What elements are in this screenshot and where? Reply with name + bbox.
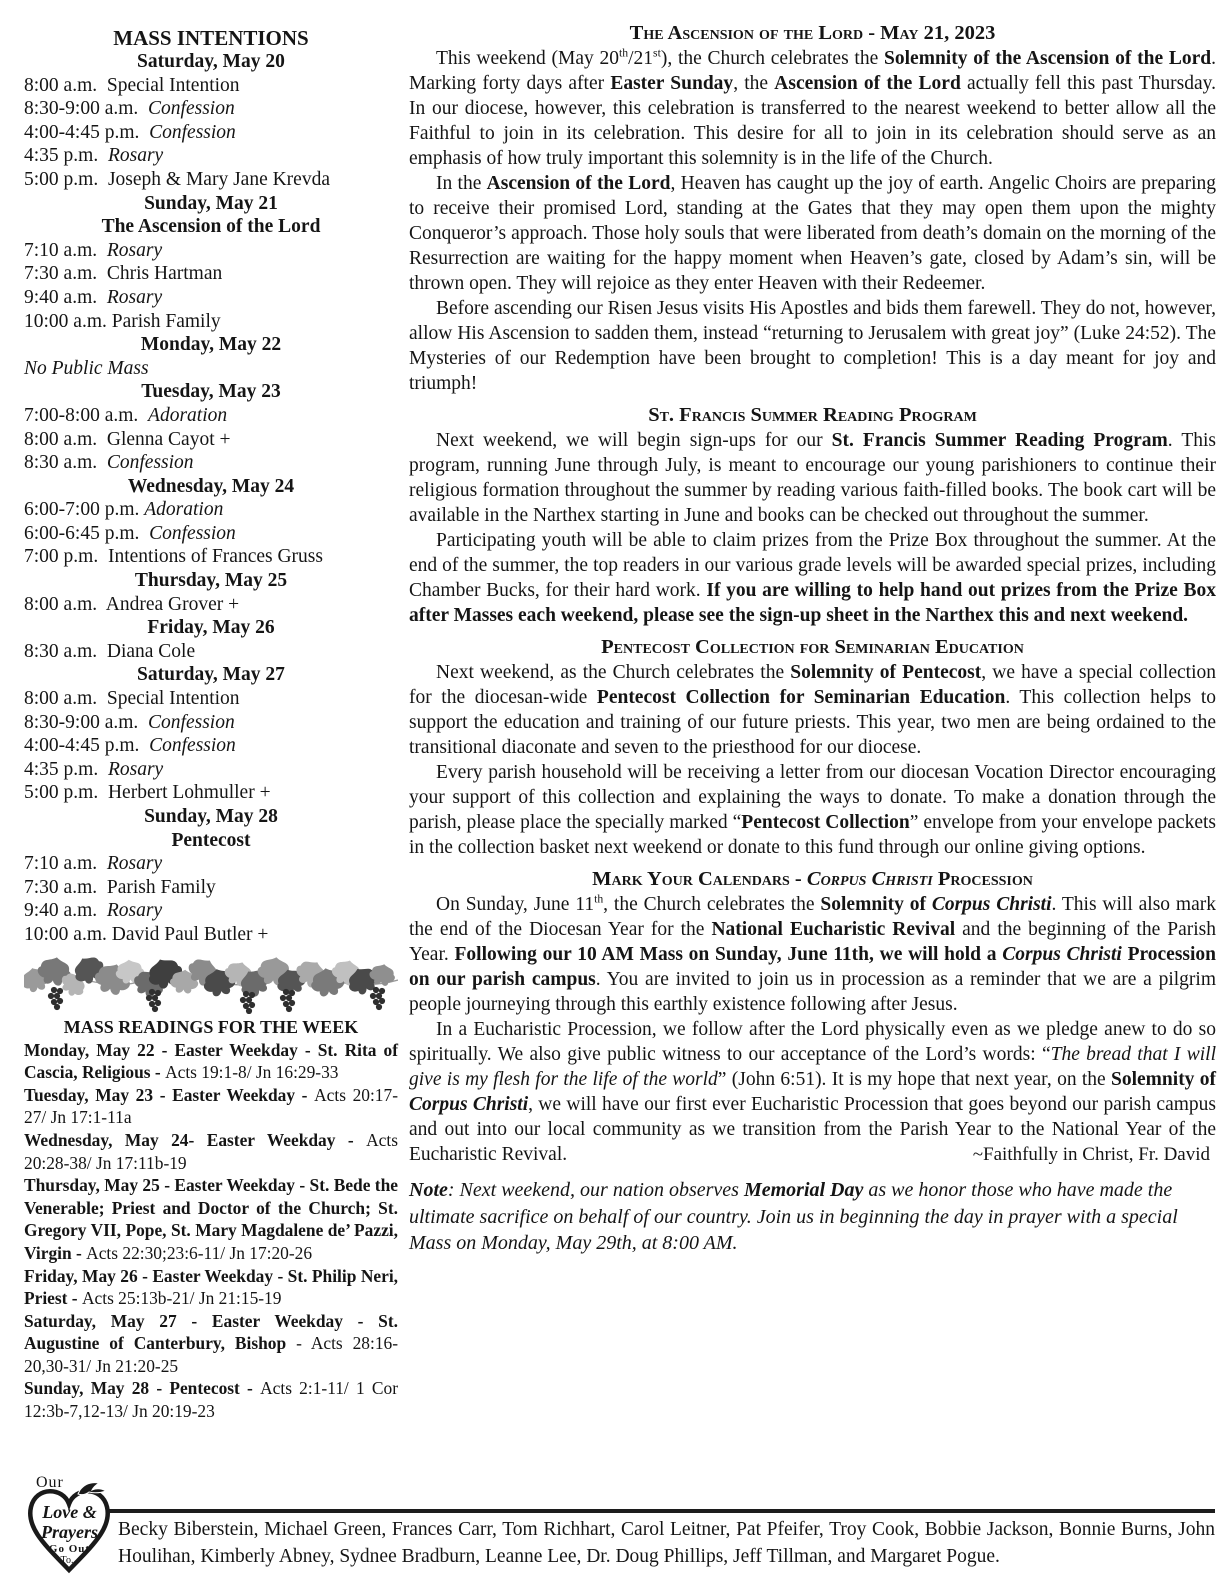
schedule-day-heading: Thursday, May 25: [24, 569, 398, 593]
reading-item: Saturday, May 27 - Easter Weekday - St. …: [24, 1310, 398, 1378]
schedule-day-heading: Wednesday, May 24: [24, 475, 398, 499]
schedule-entry: 4:35 p.m. Rosary: [24, 758, 398, 782]
schedule-day-heading: Sunday, May 28: [24, 805, 398, 829]
schedule-entry: 5:00 p.m. Herbert Lohmuller +: [24, 781, 398, 805]
schedule-entry: 9:40 a.m. Rosary: [24, 899, 398, 923]
schedule-day-heading: Sunday, May 21: [24, 192, 398, 216]
schedule-entry: 8:00 a.m. Special Intention: [24, 74, 398, 98]
right-column: The Ascension of the Lord - May 21, 2023…: [409, 14, 1216, 1423]
schedule-entry: 6:00-7:00 p.m. Adoration: [24, 498, 398, 522]
schedule-entry: 10:00 a.m. David Paul Butler +: [24, 923, 398, 947]
article-paragraph: Participating youth will be able to clai…: [409, 528, 1216, 628]
schedule-day-heading: Saturday, May 20: [24, 50, 398, 74]
schedule-entry: 8:30-9:00 a.m. Confession: [24, 97, 398, 121]
article-paragraph: Before ascending our Risen Jesus visits …: [409, 296, 1216, 396]
reading-item: Thursday, May 25 - Easter Weekday - St. …: [24, 1174, 398, 1264]
prayer-list-names: Becky Biberstein, Michael Green, Frances…: [118, 1517, 1215, 1570]
schedule-entry: 8:30 a.m. Confession: [24, 451, 398, 475]
schedule-day-heading: The Ascension of the Lord: [24, 215, 398, 239]
schedule-entry: 7:00 p.m. Intentions of Frances Gruss: [24, 545, 398, 569]
schedule-day-heading: Saturday, May 27: [24, 663, 398, 687]
article-paragraph: Every parish household will be receiving…: [409, 760, 1216, 860]
schedule-entry: 8:30-9:00 a.m. Confession: [24, 711, 398, 735]
mass-intentions-title: MASS INTENTIONS: [24, 26, 398, 50]
mass-readings-title: MASS READINGS FOR THE WEEK: [24, 1016, 398, 1039]
section-heading: The Ascension of the Lord - May 21, 2023: [409, 21, 1216, 46]
article-paragraph: Next weekend, we will begin sign-ups for…: [409, 428, 1216, 528]
schedule-day-heading: Friday, May 26: [24, 616, 398, 640]
schedule-entry: 9:40 a.m. Rosary: [24, 286, 398, 310]
bulletin-page: MASS INTENTIONS Saturday, May 208:00 a.m…: [0, 0, 1224, 1584]
section-heading: St. Francis Summer Reading Program: [409, 403, 1216, 428]
schedule-entry: 8:00 a.m. Special Intention: [24, 687, 398, 711]
reading-item: Friday, May 26 - Easter Weekday - St. Ph…: [24, 1265, 398, 1310]
articles: The Ascension of the Lord - May 21, 2023…: [409, 21, 1216, 1167]
logo-text-go-out: Go Out: [22, 1543, 117, 1555]
schedule-day-heading: Pentecost: [24, 829, 398, 853]
reading-item: Monday, May 22 - Easter Weekday - St. Ri…: [24, 1039, 398, 1084]
logo-text-our: Our: [36, 1474, 64, 1492]
reading-item: Wednesday, May 24- Easter Weekday - Acts…: [24, 1129, 398, 1174]
mass-readings-list: Monday, May 22 - Easter Weekday - St. Ri…: [24, 1039, 398, 1423]
schedule-entry: 8:00 a.m. Glenna Cayot +: [24, 428, 398, 452]
schedule-entry: 7:30 a.m. Chris Hartman: [24, 262, 398, 286]
dove-icon: [78, 1483, 106, 1495]
article-paragraph: On Sunday, June 11th, the Church celebra…: [409, 892, 1216, 1017]
reading-item: Sunday, May 28 - Pentecost - Acts 2:1-11…: [24, 1377, 398, 1422]
schedule-entry: 4:00-4:45 p.m. Confession: [24, 734, 398, 758]
left-column: MASS INTENTIONS Saturday, May 208:00 a.m…: [24, 14, 398, 1423]
section-heading: Pentecost Collection for Seminarian Educ…: [409, 635, 1216, 660]
love-prayers-logo: Our Love & Prayers Go Out To...: [22, 1474, 117, 1582]
schedule-entry: 7:30 a.m. Parish Family: [24, 876, 398, 900]
schedule-day-heading: Monday, May 22: [24, 333, 398, 357]
schedule-entry: 5:00 p.m. Joseph & Mary Jane Krevda: [24, 168, 398, 192]
schedule-entry: 7:00-8:00 a.m. Adoration: [24, 404, 398, 428]
memorial-day-note: Note: Next weekend, our nation observes …: [409, 1177, 1216, 1257]
logo-text-to: To...: [22, 1555, 117, 1566]
schedule-entry: 4:00-4:45 p.m. Confession: [24, 121, 398, 145]
section-heading: Mark Your Calendars - Corpus Christi Pro…: [409, 867, 1216, 892]
grapevine-divider-icon: [24, 952, 398, 1014]
footer-divider: [108, 1509, 1215, 1513]
logo-text-prayers: Prayers: [22, 1522, 117, 1543]
schedule-entry: No Public Mass: [24, 357, 398, 381]
article-paragraph: This weekend (May 20th/21st), the Church…: [409, 46, 1216, 171]
schedule-entry: 10:00 a.m. Parish Family: [24, 310, 398, 334]
columns: MASS INTENTIONS Saturday, May 208:00 a.m…: [0, 0, 1224, 1423]
article-paragraph: In the Ascension of the Lord, Heaven has…: [409, 171, 1216, 296]
schedule-day-heading: Tuesday, May 23: [24, 380, 398, 404]
logo-text-love: Love &: [22, 1502, 117, 1523]
schedule-entry: 8:00 a.m. Andrea Grover +: [24, 593, 398, 617]
reading-item: Tuesday, May 23 - Easter Weekday - Acts …: [24, 1084, 398, 1129]
mass-intentions-schedule: Saturday, May 208:00 a.m. Special Intent…: [24, 50, 398, 947]
schedule-entry: 7:10 a.m. Rosary: [24, 852, 398, 876]
schedule-entry: 6:00-6:45 p.m. Confession: [24, 522, 398, 546]
schedule-entry: 4:35 p.m. Rosary: [24, 144, 398, 168]
schedule-entry: 8:30 a.m. Diana Cole: [24, 640, 398, 664]
article-paragraph: Next weekend, as the Church celebrates t…: [409, 660, 1216, 760]
schedule-entry: 7:10 a.m. Rosary: [24, 239, 398, 263]
